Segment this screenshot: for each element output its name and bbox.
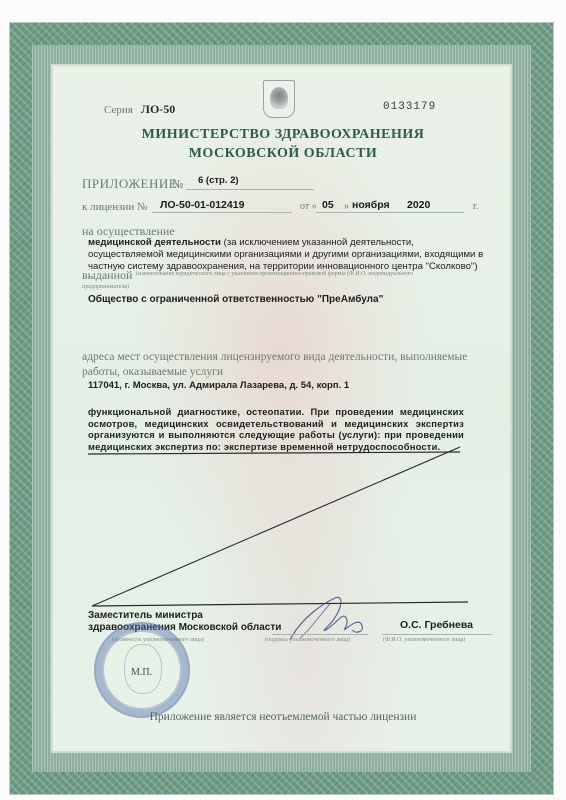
signatory-name-hint: (Ф.И.О. уполномоченного лица) xyxy=(383,637,465,643)
signatory-name: О.С. Гребнева xyxy=(400,619,473,631)
footer-note: Приложение является неотъемлемой частью … xyxy=(0,711,566,723)
handwritten-signature xyxy=(0,0,566,800)
signature-hint: (подпись уполномоченного лица) xyxy=(265,637,350,643)
